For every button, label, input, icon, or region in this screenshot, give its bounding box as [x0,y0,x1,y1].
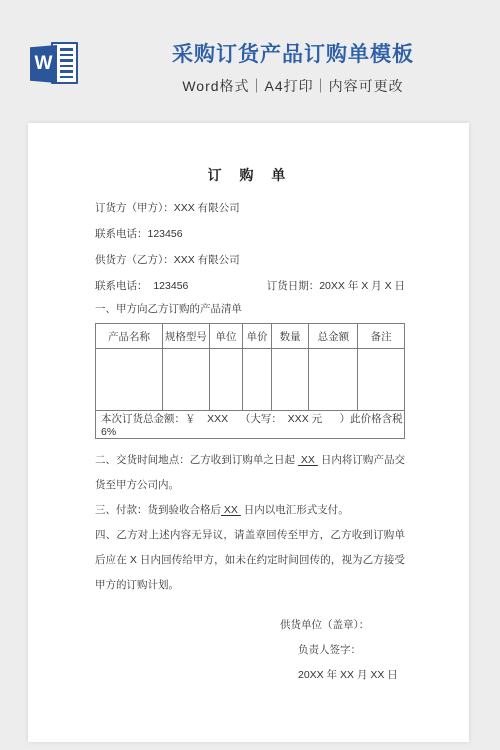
template-subtitle: Word格式｜A4打印｜内容可更改 [86,76,500,96]
col-header-spec-model: 规格型号 [163,324,210,349]
buyer-phone-line: 联系电话：123456 [95,221,405,247]
document-page: 订 购 单 订货方（甲方）：XXX 有限公司 联系电话：123456 供货方（乙… [28,123,469,742]
col-header-remarks: 备注 [358,324,405,349]
phone-date-row: 联系电话： 123456 订货日期：20XX 年 X 月 X 日 [95,273,405,299]
table-empty-row [96,349,405,411]
signature-date-line: 20XX 年 XX 月 XX 日 [95,663,405,688]
empty-cell [96,349,163,411]
supplier-line: 供货方（乙方）：XXX 有限公司 [95,247,405,273]
header-banner: W 采购订货产品订购单模板 Word格式｜A4打印｜内容可更改 [0,0,500,123]
empty-cell [243,349,271,411]
template-preview-canvas: W 采购订货产品订购单模板 Word格式｜A4打印｜内容可更改 订 购 单 订货… [0,0,500,750]
signature-block: 供货单位（盖章）： 负责人签字： 20XX 年 XX 月 XX 日 [95,613,405,688]
order-date: 订货日期：20XX 年 X 月 X 日 [267,273,405,299]
term-payment: 三、付款：货到验收合格后 XX 日内以电汇形式支付。 [95,498,405,523]
term-delivery-pre: 二、交货时间地点：乙方收到订购单之日起 [95,454,298,466]
supplier-phone-line: 联系电话： 123456 [95,273,188,299]
document-title: 订 购 单 [95,165,405,185]
term-confirmation: 四、乙方对上述内容无异议，请盖章回传至甲方，乙方收到订购单后应在 X 日内回传给… [95,523,405,598]
col-header-unit-price: 单价 [243,324,271,349]
word-icon: W [30,39,80,89]
total-amount-cell: 本次订货总金额：￥ XXX （大写： XXX 元 ）此价格含税 6% [96,411,405,439]
term-payment-post: 日内以电汇形式支付。 [241,504,349,516]
product-table: 产品名称 规格型号 单位 单价 数量 总金额 备注 [95,323,405,439]
term-payment-blank: XX [221,504,241,516]
supplier-seal-line: 供货单位（盖章）： [95,613,405,638]
signer-line: 负责人签字： [95,638,405,663]
terms-sections: 二、交货时间地点：乙方收到订购单之日起 XX 日内将订购产品交货至甲方公司内。 … [95,448,405,598]
col-header-quantity: 数量 [271,324,309,349]
col-header-total-amount: 总金额 [309,324,358,349]
empty-cell [163,349,210,411]
table-header-row: 产品名称 规格型号 单位 单价 数量 总金额 备注 [96,324,405,349]
col-header-product-name: 产品名称 [96,324,163,349]
template-title: 采购订货产品订购单模板 [86,40,500,70]
word-icon-letter: W [30,45,57,83]
table-total-row: 本次订货总金额：￥ XXX （大写： XXX 元 ）此价格含税 6% [96,411,405,439]
col-header-unit: 单位 [209,324,243,349]
empty-cell [358,349,405,411]
product-list-heading: 一、甲方向乙方订购的产品清单 [95,299,405,319]
empty-cell [209,349,243,411]
term-payment-pre: 三、付款：货到验收合格后 [95,504,221,516]
term-delivery: 二、交货时间地点：乙方收到订购单之日起 XX 日内将订购产品交货至甲方公司内。 [95,448,405,498]
empty-cell [309,349,358,411]
term-delivery-blank: XX [298,454,318,466]
banner-text: 采购订货产品订购单模板 Word格式｜A4打印｜内容可更改 [86,40,500,96]
buyer-line: 订货方（甲方）：XXX 有限公司 [95,195,405,221]
term-confirmation-pre: 四、乙方对上述内容无异议，请盖章回传至甲方，乙方收到订购单后应在 X 日内回传给… [95,529,405,591]
empty-cell [271,349,309,411]
